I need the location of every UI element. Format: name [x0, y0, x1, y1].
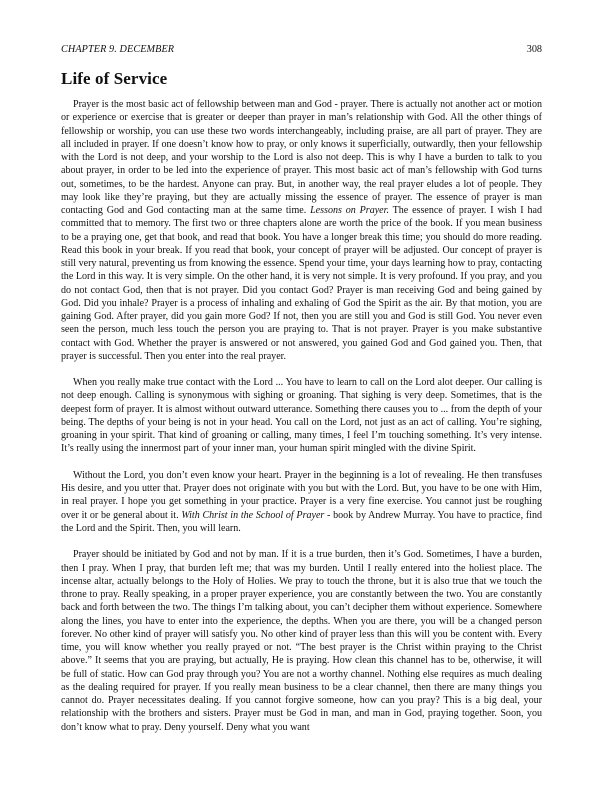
paragraph: Prayer should be initiated by God and no…: [61, 548, 542, 734]
running-header: CHAPTER 9. DECEMBER 308: [61, 44, 542, 56]
text-segment: Prayer is the most basic act of fellowsh…: [61, 99, 542, 216]
paragraph: Without the Lord, you don’t even know yo…: [61, 469, 542, 535]
section-title: Life of Service: [61, 69, 542, 89]
book-title: Lessons on Prayer.: [310, 205, 389, 216]
text-segment: The essence of prayer. I wish I had comm…: [61, 205, 542, 362]
paragraph: When you really make true contact with t…: [61, 376, 542, 456]
book-title: With Christ in the School of Prayer: [181, 510, 324, 521]
page-number: 308: [527, 44, 542, 56]
body-text: Prayer is the most basic act of fellowsh…: [61, 98, 542, 734]
paragraph: Prayer is the most basic act of fellowsh…: [61, 98, 542, 363]
document-page: CHAPTER 9. DECEMBER 308 Life of Service …: [61, 44, 542, 734]
chapter-heading: CHAPTER 9. DECEMBER: [61, 44, 174, 56]
text-segment: When you really make true contact with t…: [61, 377, 542, 454]
text-segment: Prayer should be initiated by God and no…: [61, 549, 542, 732]
